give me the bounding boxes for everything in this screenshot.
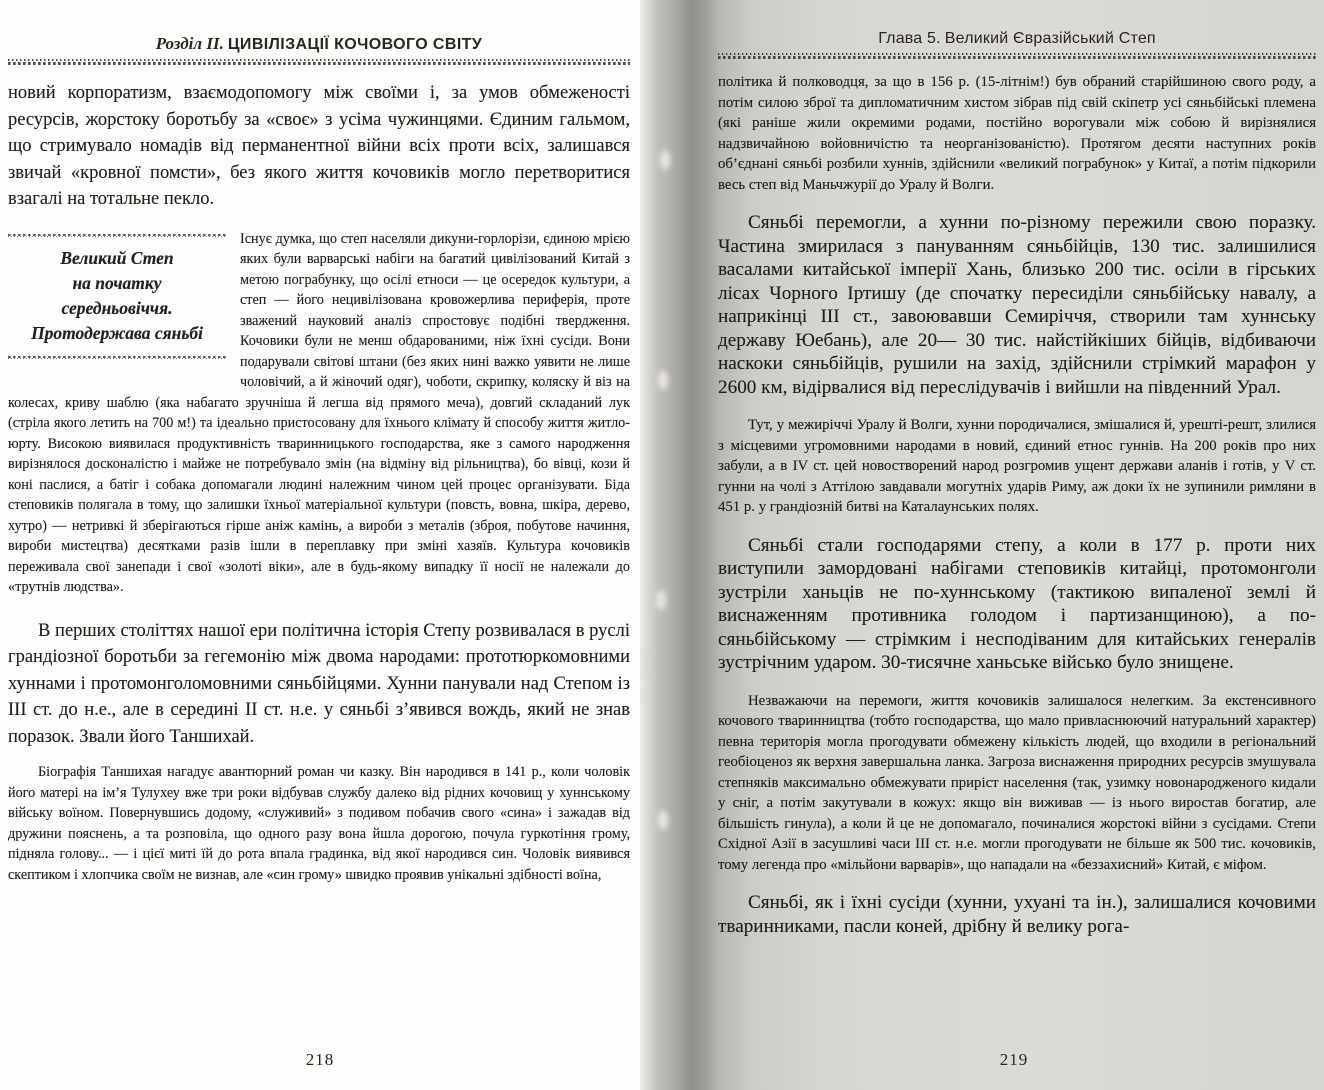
binding-notch [658, 370, 668, 390]
paragraph: Сяньбі перемогли, а хунни по-різному пер… [718, 211, 1316, 399]
paragraph: Сяньбі стали господарями степу, а коли в… [718, 534, 1316, 675]
paragraph: В перших століттях нашої ери політична і… [8, 618, 630, 751]
left-page-number: 218 [0, 1050, 640, 1070]
section-heading-box: Великий Степна початкусередньовіччя.Прот… [8, 233, 226, 360]
binding-notch [656, 590, 666, 610]
paragraph-small: Тут, у межиріччі Уралу й Волги, хунни по… [718, 415, 1316, 518]
right-header-chapter: Глава 5. [878, 30, 941, 47]
right-page-header: Глава 5. Великий Євразійський Степ [718, 30, 1316, 48]
right-page-number: 219 [704, 1050, 1324, 1070]
sidebar-section: Великий Степна початкусередньовіччя.Прот… [8, 229, 630, 598]
section-heading-rule-top [8, 233, 226, 238]
paragraph-small: Біографія Таншихая нагадує авантюрний ро… [8, 762, 630, 885]
section-heading-rule-bottom [8, 355, 226, 360]
left-header-chapter: Розділ II. [156, 34, 224, 53]
left-header-rule [8, 59, 630, 66]
left-header-title: ЦИВІЛІЗАЦІЇ КОЧОВОГО СВІТУ [228, 36, 482, 53]
left-page-header: Розділ II. ЦИВІЛІЗАЦІЇ КОЧОВОГО СВІТУ [8, 34, 630, 54]
section-heading-title: Великий Степна початкусередньовіччя.Прот… [8, 238, 226, 355]
page-right: Глава 5. Великий Євразійський Степ політ… [704, 0, 1324, 1090]
page-left: Розділ II. ЦИВІЛІЗАЦІЇ КОЧОВОГО СВІТУ но… [0, 0, 640, 1090]
paragraph: Сяньбі, як і їхні сусіди (хунни, ухуані … [718, 891, 1316, 938]
paragraph-small: Незважаючи на перемоги, життя кочовиків … [718, 691, 1316, 876]
right-header-rule [718, 53, 1316, 60]
binding-notch [658, 810, 668, 830]
binding-notch [660, 150, 670, 170]
paragraph-continuation: новий корпоратизм, взаємодопомогу між св… [8, 80, 630, 213]
paragraph-small-continuation: політика й полководця, за що в 156 р. (1… [718, 72, 1316, 195]
right-header-title: Великий Євразійський Степ [945, 30, 1156, 47]
book-scan: Розділ II. ЦИВІЛІЗАЦІЇ КОЧОВОГО СВІТУ но… [0, 0, 1324, 1090]
